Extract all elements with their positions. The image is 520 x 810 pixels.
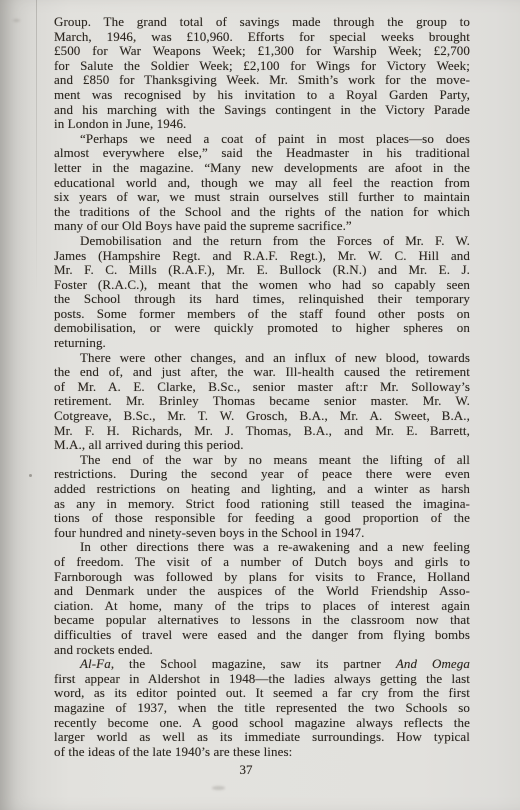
text-line: Cotgreave, B.Sc., Mr. T. W. Grosch, B.A.… bbox=[54, 409, 470, 424]
scan-smudge bbox=[13, 19, 20, 22]
text-line: the School through its hard times, relin… bbox=[54, 292, 470, 307]
text-line: became popular alternatives to lessons i… bbox=[54, 613, 470, 628]
text-line: in London in June, 1946. bbox=[54, 117, 470, 132]
paragraph: “Perhaps we need a coat of paint in most… bbox=[54, 132, 470, 234]
text-line: ment was recognised by his invitation to… bbox=[54, 88, 470, 103]
text-line: educational world and, though we may all… bbox=[54, 176, 470, 191]
text-line: added restrictions on heating and lighti… bbox=[54, 482, 470, 497]
text-line: first appear in Aldershot in 1948—the la… bbox=[54, 672, 470, 687]
text-line: Farnborough was followed by plans for vi… bbox=[54, 570, 470, 585]
text-line: as any in memory. Strict food rationing … bbox=[54, 497, 470, 512]
magazine-title-al-fa: Al-Fa bbox=[80, 657, 111, 671]
text-line: word, as its editor pointed out. It seem… bbox=[54, 686, 470, 701]
text-line: for Salute the Soldier Week; £2,100 for … bbox=[54, 59, 470, 74]
text-line: Mr. F. H. Richards, Mr. J. Thomas, B.A.,… bbox=[54, 424, 470, 439]
text-line: James (Hampshire Regt. and R.A.F. Regt.)… bbox=[54, 249, 470, 264]
text-line: Mr. F. C. Mills (R.A.F.), Mr. E. Bullock… bbox=[54, 263, 470, 278]
text-line: recently become one. A good school magaz… bbox=[54, 716, 470, 731]
paragraph: The end of the war by no means meant the… bbox=[54, 453, 470, 541]
text-line: of freedom. The visit of a number of Dut… bbox=[54, 555, 470, 570]
text-line: difficulties of travel were eased and th… bbox=[54, 628, 470, 643]
text-line: and his marching with the Savings contin… bbox=[54, 103, 470, 118]
text-line: tions of those responsible for feeding a… bbox=[54, 511, 470, 526]
text-line: four hundred and ninety-seven boys in th… bbox=[54, 526, 470, 541]
text-line: six years of war, we must strain ourselv… bbox=[54, 190, 470, 205]
text-line: £500 for War Weapons Week; £1,300 for Wa… bbox=[54, 44, 470, 59]
text-line: of Mr. A. E. Clarke, B.Sc., senior maste… bbox=[54, 380, 470, 395]
book-page: Group. The grand total of savings made t… bbox=[0, 0, 520, 810]
magazine-title-and-omega: And Omega bbox=[396, 657, 470, 671]
text-line: letter in the magazine. “Many new develo… bbox=[54, 161, 470, 176]
text-line: “Perhaps we need a coat of paint in most… bbox=[54, 132, 470, 147]
text-line: restrictions. During the second year of … bbox=[54, 467, 470, 482]
text-line: returning. bbox=[54, 336, 470, 351]
text-line: magazine of 1937, when the title represe… bbox=[54, 701, 470, 716]
text-line: Group. The grand total of savings made t… bbox=[54, 15, 470, 30]
text-line: and rockets ended. bbox=[54, 643, 470, 658]
text-line: of the ideas of the late 1940’s are thes… bbox=[54, 745, 470, 760]
text-line: and £850 for Thanksgiving Week. Mr. Smit… bbox=[54, 73, 470, 88]
text-line: M.A., all arrived during this period. bbox=[54, 438, 470, 453]
paragraph: Demobilisation and the return from the F… bbox=[54, 234, 470, 351]
text-line: posts. Some former members of the staff … bbox=[54, 307, 470, 322]
page-number: 37 bbox=[38, 762, 454, 778]
text-line: many of our Old Boys have paid the supre… bbox=[54, 219, 470, 234]
text-line: There were other changes, and an influx … bbox=[54, 351, 470, 366]
text-line: In other directions there was a re-awake… bbox=[54, 540, 470, 555]
text-line: and Denmark under the auspices of the Wo… bbox=[54, 584, 470, 599]
text-line: March, 1946, was £10,960. Efforts for sp… bbox=[54, 30, 470, 45]
text-line: almost everywhere else,” said the Headma… bbox=[54, 146, 470, 161]
text-line: retirement. Mr. Brinley Thomas became se… bbox=[54, 394, 470, 409]
paragraph: Al-Fa, the School magazine, saw its part… bbox=[54, 657, 470, 759]
paragraph: There were other changes, and an influx … bbox=[54, 351, 470, 453]
text-line: demobilisation, or were quickly promoted… bbox=[54, 321, 470, 336]
text-line: Al-Fa, the School magazine, saw its part… bbox=[54, 657, 470, 672]
paragraph: Group. The grand total of savings made t… bbox=[54, 15, 470, 132]
scan-smudge bbox=[212, 786, 225, 790]
text-line: the traditions of the School and the rig… bbox=[54, 205, 470, 220]
text-line: Demobilisation and the return from the F… bbox=[54, 234, 470, 249]
text-line: Foster (R.A.C.), meant that the women wh… bbox=[54, 278, 470, 293]
text-line: The end of the war by no means meant the… bbox=[54, 453, 470, 468]
text-segment: , the School magazine, saw its partner bbox=[111, 657, 396, 671]
page-crease bbox=[36, 0, 37, 300]
page-text: Group. The grand total of savings made t… bbox=[54, 15, 470, 759]
paragraph: In other directions there was a re-awake… bbox=[54, 540, 470, 657]
text-line: larger world as well as its immediate su… bbox=[54, 730, 470, 745]
scan-speck bbox=[29, 474, 32, 477]
text-line: ciation. At home, many of the trips to p… bbox=[54, 599, 470, 614]
text-line: the end of, and just after, the war. Ill… bbox=[54, 365, 470, 380]
